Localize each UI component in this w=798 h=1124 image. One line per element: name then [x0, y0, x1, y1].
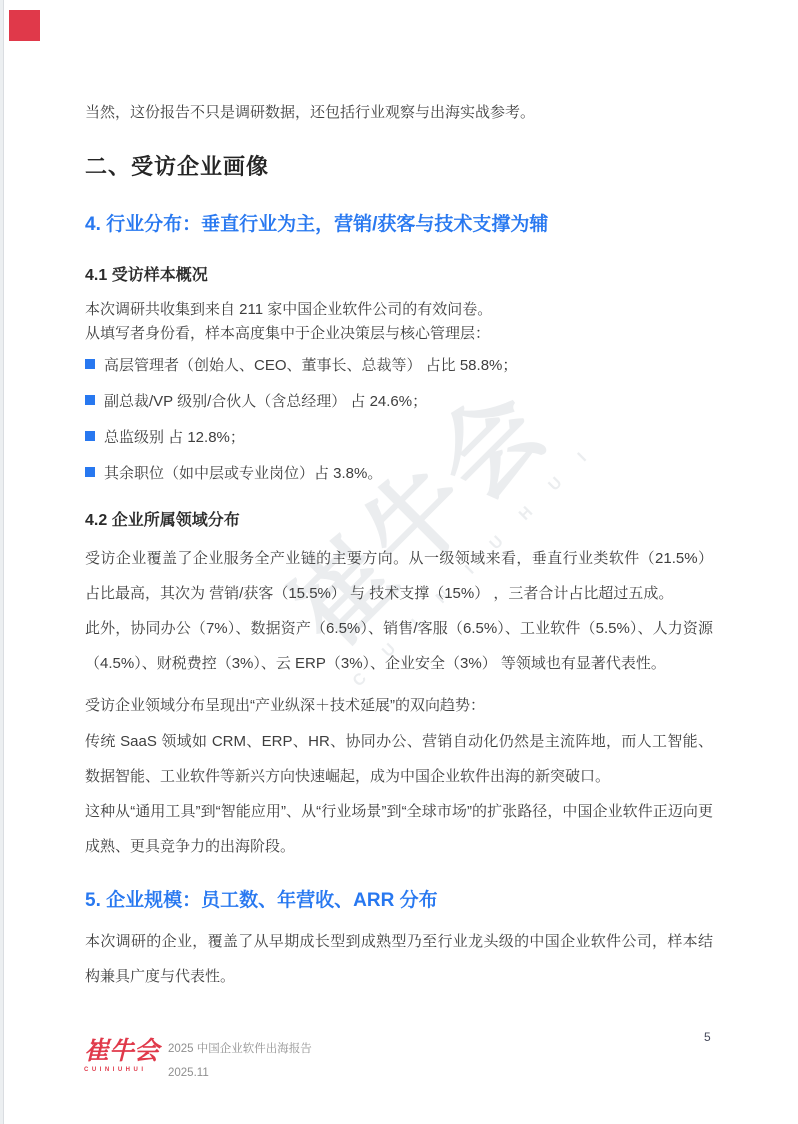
bullet-square-icon: [85, 359, 95, 369]
respondent-bullet-list: 高层管理者（创始人、CEO、董事长、总裁等） 占比 58.8%； 副总裁/VP …: [85, 346, 713, 490]
list-item: 副总裁/VP 级别/合伙人（含总经理） 占 24.6%；: [85, 382, 713, 418]
company-scale-paragraph: 本次调研的企业，覆盖了从早期成长型到成熟型乃至行业龙头级的中国企业软件公司，样本…: [85, 924, 713, 994]
sample-overview-line-2: 从填写者身份看，样本高度集中于企业决策层与核心管理层：: [85, 323, 713, 345]
sample-overview-line-1: 本次调研共收集到来自 211 家中国企业软件公司的有效问卷。: [85, 299, 713, 321]
intro-paragraph: 当然，这份报告不只是调研数据，还包括行业观察与出海实战参考。: [85, 102, 713, 124]
footer-date: 2025.11: [168, 1061, 312, 1085]
brand-corner-square: [9, 10, 40, 41]
footer-brand-logo: 崔牛会 CUINIUHUI: [84, 1038, 174, 1073]
bullet-square-icon: [85, 467, 95, 477]
domain-distribution-paragraph-4: 传统 SaaS 领域如 CRM、ERP、HR、协同办公、营销自动化仍然是主流阵地…: [85, 724, 713, 794]
page-left-edge: [0, 0, 4, 1124]
list-item: 高层管理者（创始人、CEO、董事长、总裁等） 占比 58.8%；: [85, 346, 713, 382]
footer-text-block: 2025 中国企业软件出海报告 2025.11: [168, 1037, 312, 1085]
footer-logo-letters: CUINIUHUI: [84, 1067, 174, 1073]
domain-distribution-paragraph-2: 此外，协同办公（7%）、数据资产（6.5%）、销售/客服（6.5%）、工业软件（…: [85, 611, 713, 681]
section-5-title: 5. 企业规模：员工数、年营收、ARR 分布: [85, 885, 713, 912]
section-4-2-title: 4.2 企业所属领域分布: [85, 507, 713, 530]
footer-report-title: 2025 中国企业软件出海报告: [168, 1037, 312, 1061]
bullet-square-icon: [85, 431, 95, 441]
bullet-text: 其余职位（如中层或专业岗位）占 3.8%。: [104, 462, 382, 483]
section-4-title: 4. 行业分布：垂直行业为主，营销/获客与技术支撑为辅: [85, 209, 713, 236]
list-item: 总监级别 占 12.8%；: [85, 418, 713, 454]
section-4-1-title: 4.1 受访样本概况: [85, 262, 713, 285]
bullet-square-icon: [85, 395, 95, 405]
domain-distribution-paragraph-1: 受访企业覆盖了企业服务全产业链的主要方向。从一级领域来看，垂直行业类软件（21.…: [85, 541, 713, 611]
list-item: 其余职位（如中层或专业岗位）占 3.8%。: [85, 454, 713, 490]
domain-distribution-paragraph-5: 这种从“通用工具”到“智能应用”、从“行业场景”到“全球市场”的扩张路径，中国企…: [85, 794, 713, 864]
chapter-title: 二、受访企业画像: [85, 150, 713, 181]
bullet-text: 总监级别 占 12.8%；: [104, 426, 245, 447]
domain-distribution-paragraph-3: 受访企业领域分布呈现出“产业纵深＋技术延展”的双向趋势：: [85, 688, 713, 723]
footer-logo-text: 崔牛会: [84, 1038, 174, 1064]
bullet-text: 高层管理者（创始人、CEO、董事长、总裁等） 占比 58.8%；: [104, 354, 517, 375]
bullet-text: 副总裁/VP 级别/合伙人（含总经理） 占 24.6%；: [104, 390, 427, 411]
page-number: 5: [704, 1030, 711, 1044]
report-page: 崔牛会 CUINIUHUI 当然，这份报告不只是调研数据，还包括行业观察与出海实…: [0, 0, 798, 1124]
